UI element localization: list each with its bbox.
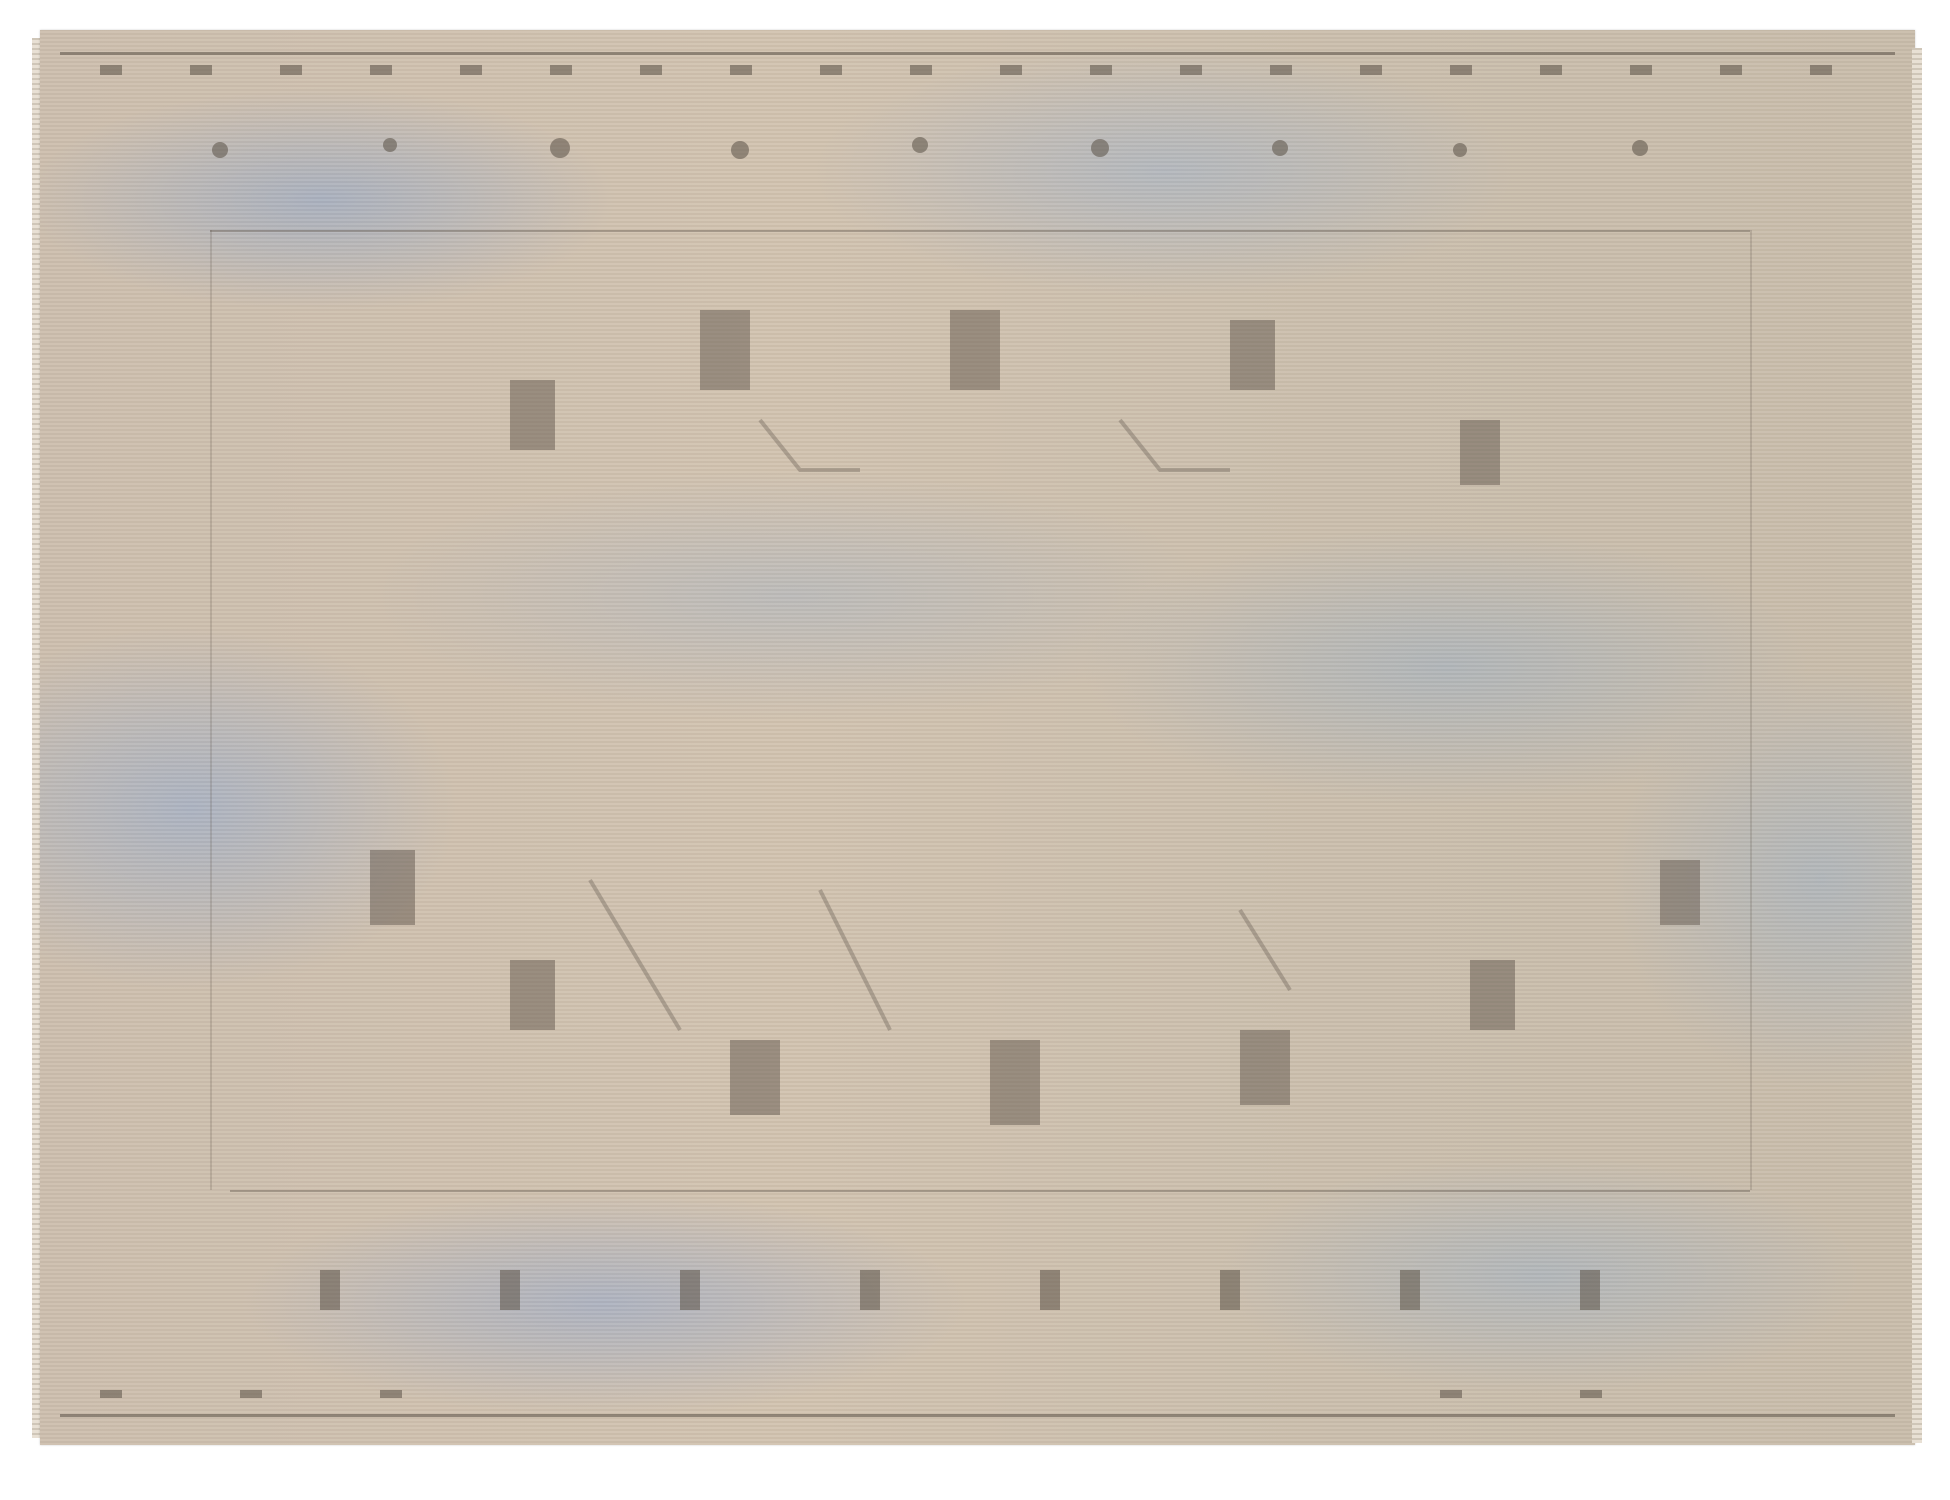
bottom-border-motifs	[100, 1270, 1602, 1398]
rug	[40, 30, 1915, 1445]
diagonal-lines	[590, 420, 1290, 1030]
rug-motifs	[40, 30, 1915, 1445]
rug-fringe-right	[1912, 48, 1922, 1443]
field-medallions	[370, 310, 1700, 1125]
top-border-motifs	[100, 65, 1832, 75]
photo-canvas	[0, 0, 1950, 1500]
upper-floral-row	[212, 137, 1648, 159]
